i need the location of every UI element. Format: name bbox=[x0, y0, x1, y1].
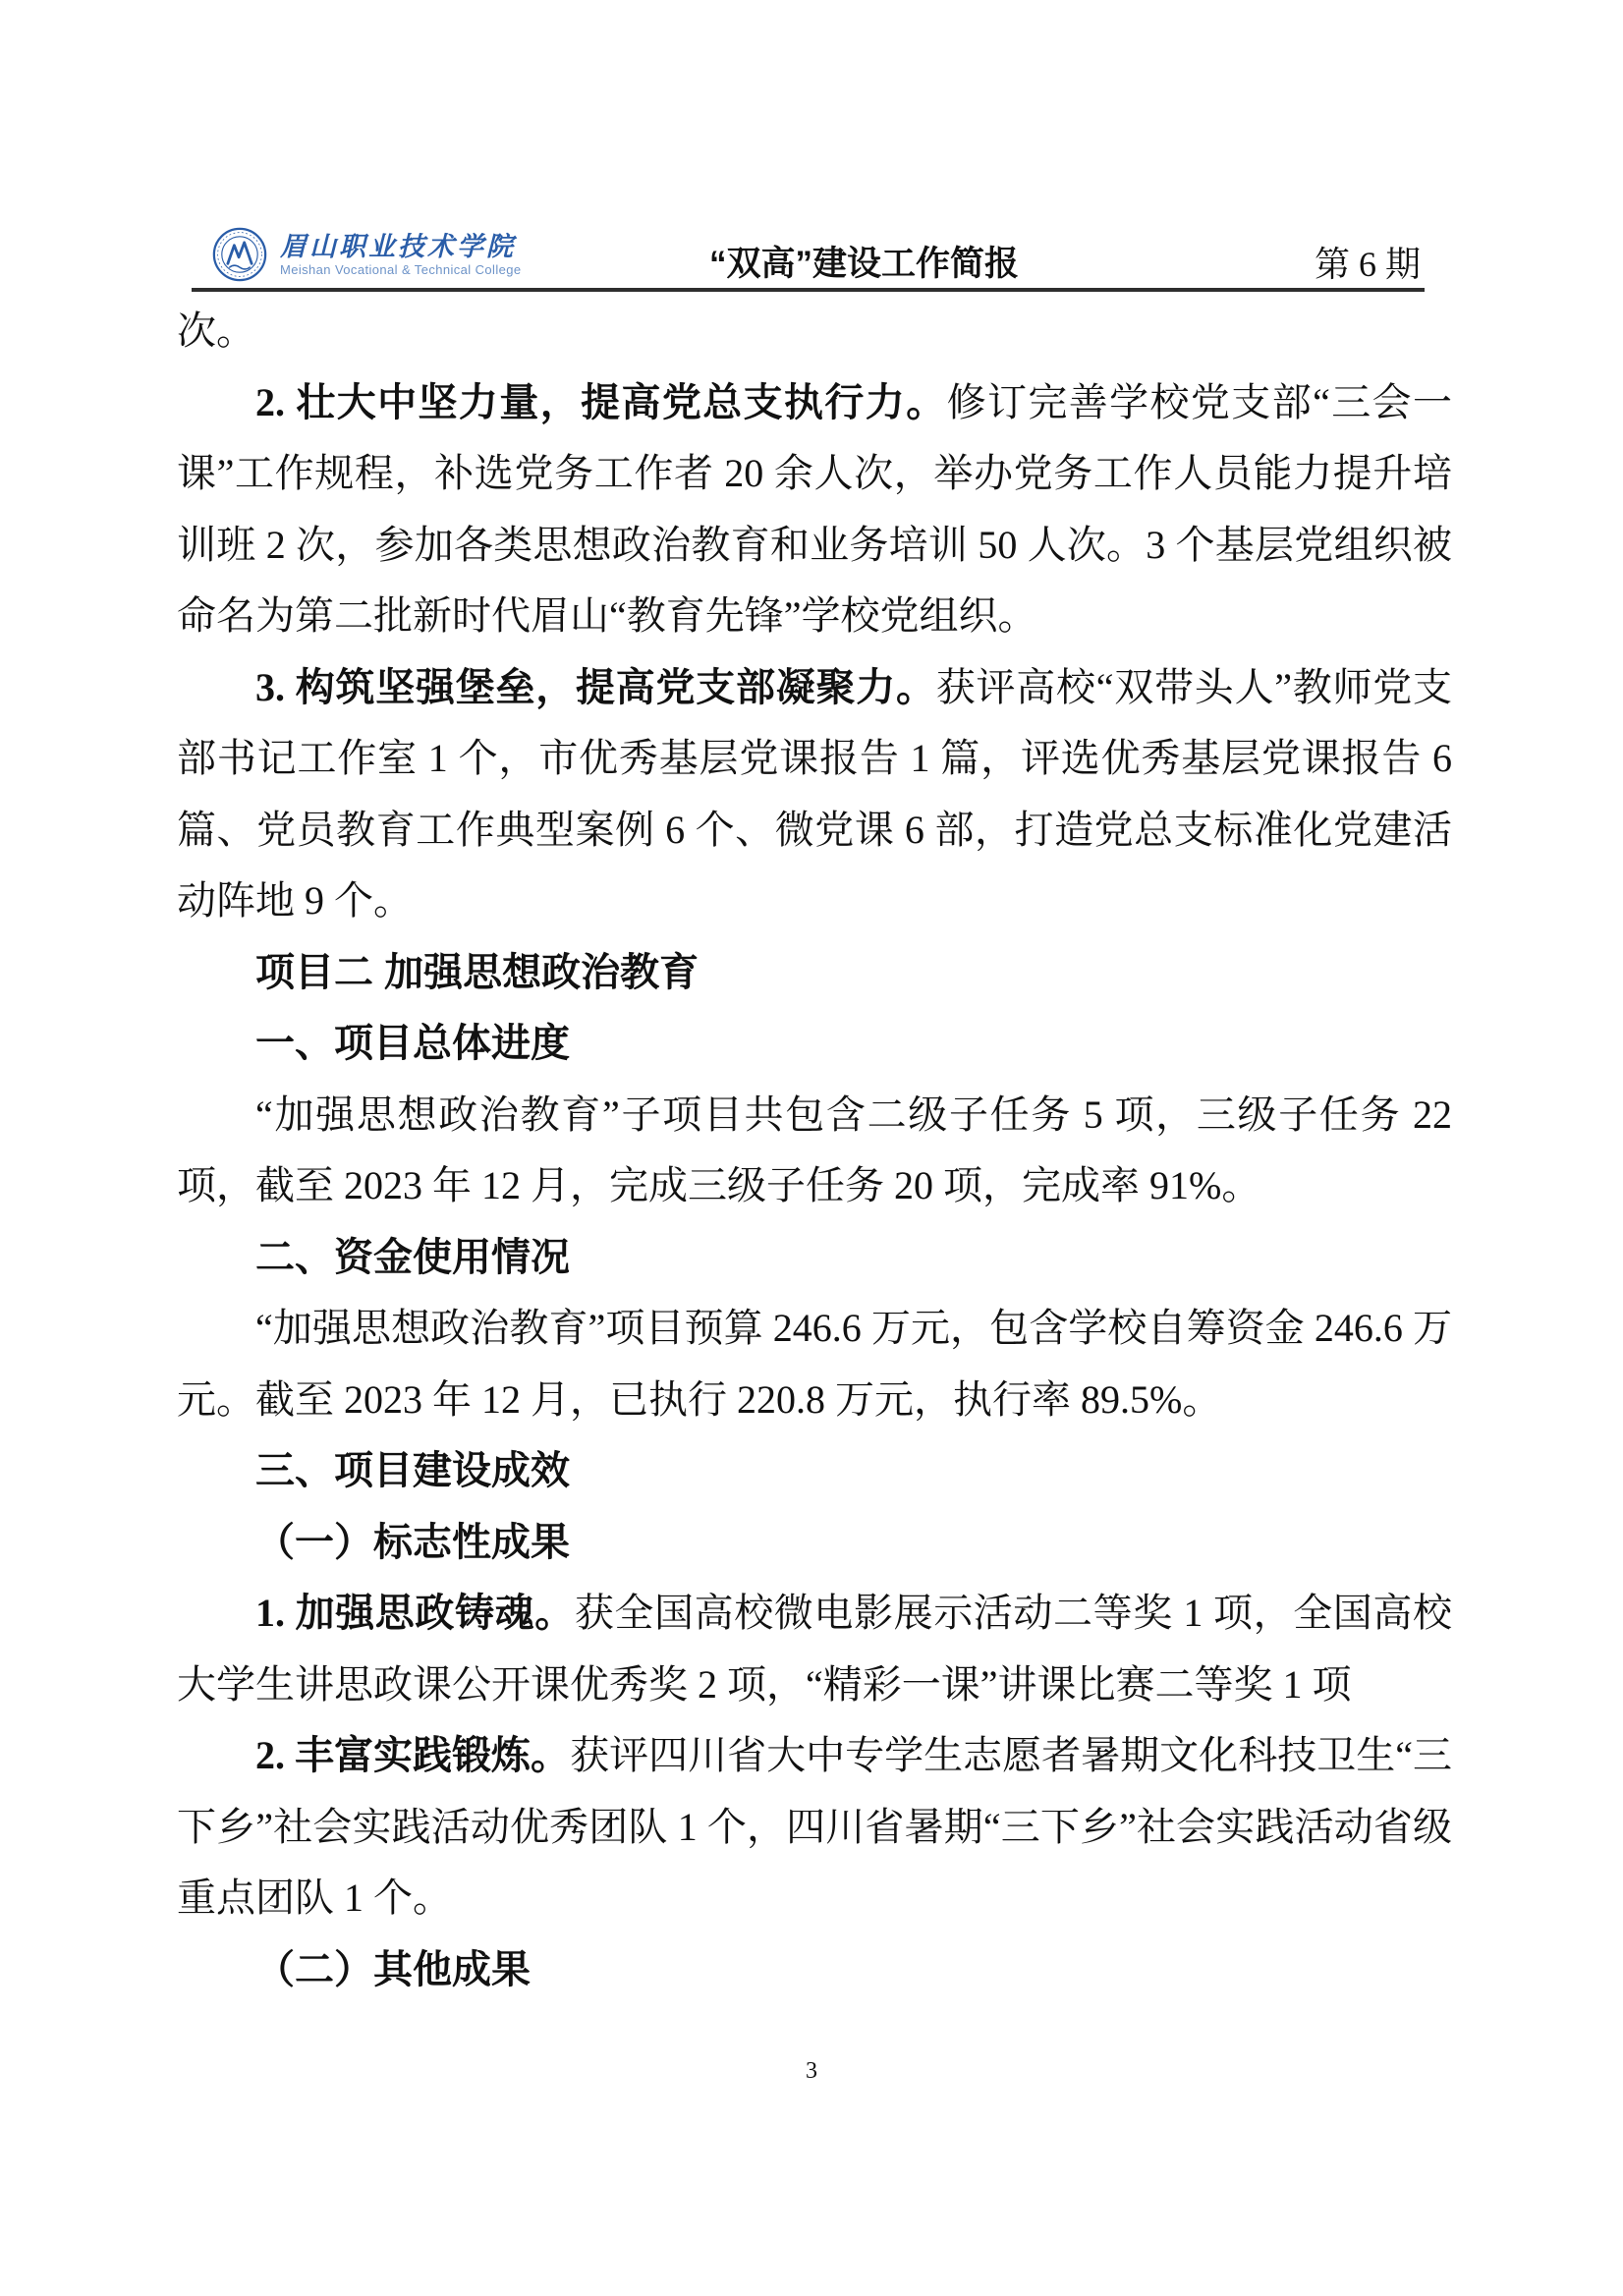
bulletin-title: “双高”建设工作简报 bbox=[709, 246, 1019, 283]
paragraph: “加强思想政治教育”项目预算 246.6 万元，包含学校自筹资金 246.6 万… bbox=[177, 1293, 1452, 1435]
paragraph-lead: 1. 加强思政铸魂。 bbox=[255, 1591, 575, 1635]
paragraph: “加强思想政治教育”子项目共包含二级子任务 5 项，三级子任务 22 项，截至 … bbox=[177, 1080, 1452, 1222]
college-seal-icon bbox=[212, 227, 267, 282]
issue-number: 第 6 期 bbox=[1315, 246, 1421, 283]
project-heading: 项目二 加强思想政治教育 bbox=[177, 937, 1452, 1009]
college-logo: 眉山职业技术学院 Meishan Vocational & Technical … bbox=[212, 227, 522, 282]
paragraph: 1. 加强思政铸魂。获全国高校微电影展示活动二等奖 1 项，全国高校大学生讲思政… bbox=[177, 1578, 1452, 1720]
paragraph: 3. 构筑坚强堡垒，提高党支部凝聚力。获评高校“双带头人”教师党支部书记工作室 … bbox=[177, 652, 1452, 937]
subsection-heading: （二）其他成果 bbox=[177, 1934, 1452, 2006]
document-body: 次。 2. 壮大中坚力量，提高党总支执行力。修订完善学校党支部“三会一课”工作规… bbox=[177, 296, 1452, 2005]
subsection-heading: （一）标志性成果 bbox=[177, 1507, 1452, 1579]
college-name-block: 眉山职业技术学院 Meishan Vocational & Technical … bbox=[280, 234, 522, 276]
paragraph-text: 次。 bbox=[177, 308, 255, 353]
paragraph: 2. 丰富实践锻炼。获评四川省大中专学生志愿者暑期文化科技卫生“三下乡”社会实践… bbox=[177, 1720, 1452, 1934]
paragraph-lead: 3. 构筑坚强堡垒，提高党支部凝聚力。 bbox=[255, 665, 936, 709]
paragraph-lead: 2. 壮大中坚力量，提高党总支执行力。 bbox=[255, 380, 947, 424]
paragraph: 2. 壮大中坚力量，提高党总支执行力。修订完善学校党支部“三会一课”工作规程，补… bbox=[177, 367, 1452, 652]
section-heading: 二、资金使用情况 bbox=[177, 1222, 1452, 1294]
paragraph-text: “加强思想政治教育”项目预算 246.6 万元，包含学校自筹资金 246.6 万… bbox=[177, 1306, 1452, 1422]
section-heading: 一、项目总体进度 bbox=[177, 1008, 1452, 1080]
page-number: 3 bbox=[0, 2057, 1623, 2085]
paragraph-text: “加强思想政治教育”子项目共包含二级子任务 5 项，三级子任务 22 项，截至 … bbox=[177, 1092, 1452, 1208]
paragraph-lead: 2. 丰富实践锻炼。 bbox=[255, 1733, 570, 1777]
section-heading: 三、项目建设成效 bbox=[177, 1435, 1452, 1507]
header-rule bbox=[192, 288, 1425, 292]
college-name-en: Meishan Vocational & Technical College bbox=[280, 263, 522, 276]
document-page: 眉山职业技术学院 Meishan Vocational & Technical … bbox=[0, 0, 1623, 2296]
paragraph: 次。 bbox=[177, 296, 1452, 367]
college-name-cn: 眉山职业技术学院 bbox=[280, 234, 522, 260]
